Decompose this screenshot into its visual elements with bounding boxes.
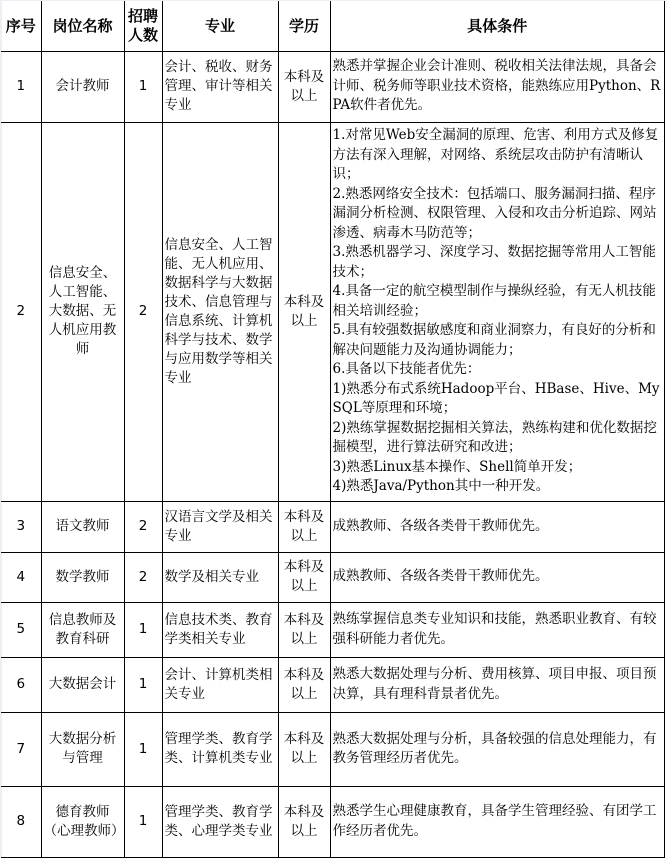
row-count: 1 [124,786,162,857]
row-conditions: 成熟教师、各级各类骨干教师优先。 [330,501,665,552]
header-count: 招聘 人数 [124,1,162,51]
row-position: 信息教师及教育科研 [41,602,124,657]
condition-item: 5.具有较强数据敏感度和商业洞察力，有良好的分析和解决问题能力及沟通协调能力； [333,321,664,360]
condition-item: 1)熟悉分布式系统Hadoop平台、HBase、Hive、MySQL等原理和环境… [333,380,664,419]
row-education: 本科及以上 [278,786,330,857]
table-row: 3 语文教师 2 汉语言文学及相关专业 本科及以上 成熟教师、各级各类骨干教师优… [1,501,665,552]
row-education: 本科及以上 [278,552,330,602]
table-row: 6 大数据会计 1 会计、计算机类相关专业 本科及以上 熟悉大数据处理与分析、费… [1,657,665,712]
row-education: 本科及以上 [278,501,330,552]
row-major: 会计、计算机类相关专业 [162,657,278,712]
condition-item: 4)熟悉Java/Python其中一种开发。 [333,477,664,497]
row-no: 3 [1,501,41,552]
row-conditions: 1.对常见Web安全漏洞的原理、危害、利用方式及修复方法有深入理解，对网络、系统… [330,122,665,501]
condition-item: 6.具备以下技能者优先： [333,360,664,380]
row-no: 6 [1,657,41,712]
row-position: 大数据会计 [41,657,124,712]
row-no: 1 [1,51,41,122]
table-row: 2 信息安全、人工智能、大数据、无人机应用教师 2 信息安全、人工智能、无人机应… [1,122,665,501]
table-row: 1 会计教师 1 会计、税收、财务管理、审计等相关专业 本科及以上 熟悉并掌握企… [1,51,665,122]
header-no: 序号 [1,1,41,51]
row-count: 2 [124,122,162,501]
row-major: 汉语言文学及相关专业 [162,501,278,552]
row-position: 会计教师 [41,51,124,122]
row-conditions: 成熟教师、各级各类骨干教师优先。 [330,552,665,602]
row-conditions: 熟悉大数据处理与分析，具备较强的信息处理能力，有教务管理经历者优先。 [330,712,665,786]
row-major: 会计、税收、财务管理、审计等相关专业 [162,51,278,122]
row-no: 8 [1,786,41,857]
table-body: 1 会计教师 1 会计、税收、财务管理、审计等相关专业 本科及以上 熟悉并掌握企… [1,51,665,857]
row-count: 2 [124,501,162,552]
row-conditions: 熟悉大数据处理与分析、费用核算、项目申报、项目预决算，具有理科背景者优先。 [330,657,665,712]
row-count: 1 [124,602,162,657]
table-row: 5 信息教师及教育科研 1 信息技术类、教育学类相关专业 本科及以上 熟练掌握信… [1,602,665,657]
row-conditions: 熟练掌握信息类专业知识和技能，熟悉职业教育、有较强科研能力者优先。 [330,602,665,657]
row-position: 信息安全、人工智能、大数据、无人机应用教师 [41,122,124,501]
header-education: 学历 [278,1,330,51]
condition-item: 3)熟悉Linux基本操作、Shell简单开发； [333,458,664,478]
condition-item: 4.具备一定的航空模型制作与操纵经验，有无人机技能相关培训经验； [333,282,664,321]
row-position: 数学教师 [41,552,124,602]
row-education: 本科及以上 [278,602,330,657]
row-education: 本科及以上 [278,51,330,122]
condition-item: 3.熟悉机器学习、深度学习、数据挖掘等常用人工智能技术； [333,243,664,282]
row-count: 1 [124,712,162,786]
page: 序号 岗位名称 招聘 人数 专业 学历 具体条件 1 会计教师 1 会计、税收、… [2,1,665,857]
header-count-line2: 人数 [127,26,160,45]
row-no: 2 [1,122,41,501]
row-count: 1 [124,51,162,122]
row-no: 7 [1,712,41,786]
header-row: 序号 岗位名称 招聘 人数 专业 学历 具体条件 [1,1,665,51]
row-major: 信息技术类、教育学类相关专业 [162,602,278,657]
row-education: 本科及以上 [278,122,330,501]
row-count: 2 [124,552,162,602]
condition-item: 2)熟练掌握数据挖掘相关算法，熟练构建和优化数据挖掘模型，进行算法研究和改进； [333,419,664,458]
row-conditions: 熟悉学生心理健康教育，具备学生管理经验、有团学工作经历者优先。 [330,786,665,857]
row-no: 4 [1,552,41,602]
table-row: 4 数学教师 2 数学及相关专业 本科及以上 成熟教师、各级各类骨干教师优先。 [1,552,665,602]
header-major: 专业 [162,1,278,51]
row-position: 大数据分析与管理 [41,712,124,786]
row-count: 1 [124,657,162,712]
row-education: 本科及以上 [278,712,330,786]
row-conditions: 熟悉并掌握企业会计准则、税收相关法律法规，具备会计师、税务师等职业技术资格，能熟… [330,51,665,122]
table-row: 8 德育教师（心理教师） 1 管理学类、教育学类、心理学类专业 本科及以上 熟悉… [1,786,665,857]
header-position: 岗位名称 [41,1,124,51]
row-major: 数学及相关专业 [162,552,278,602]
row-education: 本科及以上 [278,657,330,712]
row-major: 管理学类、教育学类、计算机类专业 [162,712,278,786]
condition-item: 1.对常见Web安全漏洞的原理、危害、利用方式及修复方法有深入理解，对网络、系统… [333,126,664,185]
row-position: 语文教师 [41,501,124,552]
row-no: 5 [1,602,41,657]
row-position: 德育教师（心理教师） [41,786,124,857]
header-conditions: 具体条件 [330,1,665,51]
row-major: 信息安全、人工智能、无人机应用、数据科学与大数据技术、信息管理与信息系统、计算机… [162,122,278,501]
condition-item: 2.熟悉网络安全技术：包括端口、服务漏洞扫描、程序漏洞分析检测、权限管理、入侵和… [333,185,664,244]
table-row: 7 大数据分析与管理 1 管理学类、教育学类、计算机类专业 本科及以上 熟悉大数… [1,712,665,786]
recruitment-table: 序号 岗位名称 招聘 人数 专业 学历 具体条件 1 会计教师 1 会计、税收、… [1,1,665,857]
row-major: 管理学类、教育学类、心理学类专业 [162,786,278,857]
header-count-line1: 招聘 [127,7,160,26]
